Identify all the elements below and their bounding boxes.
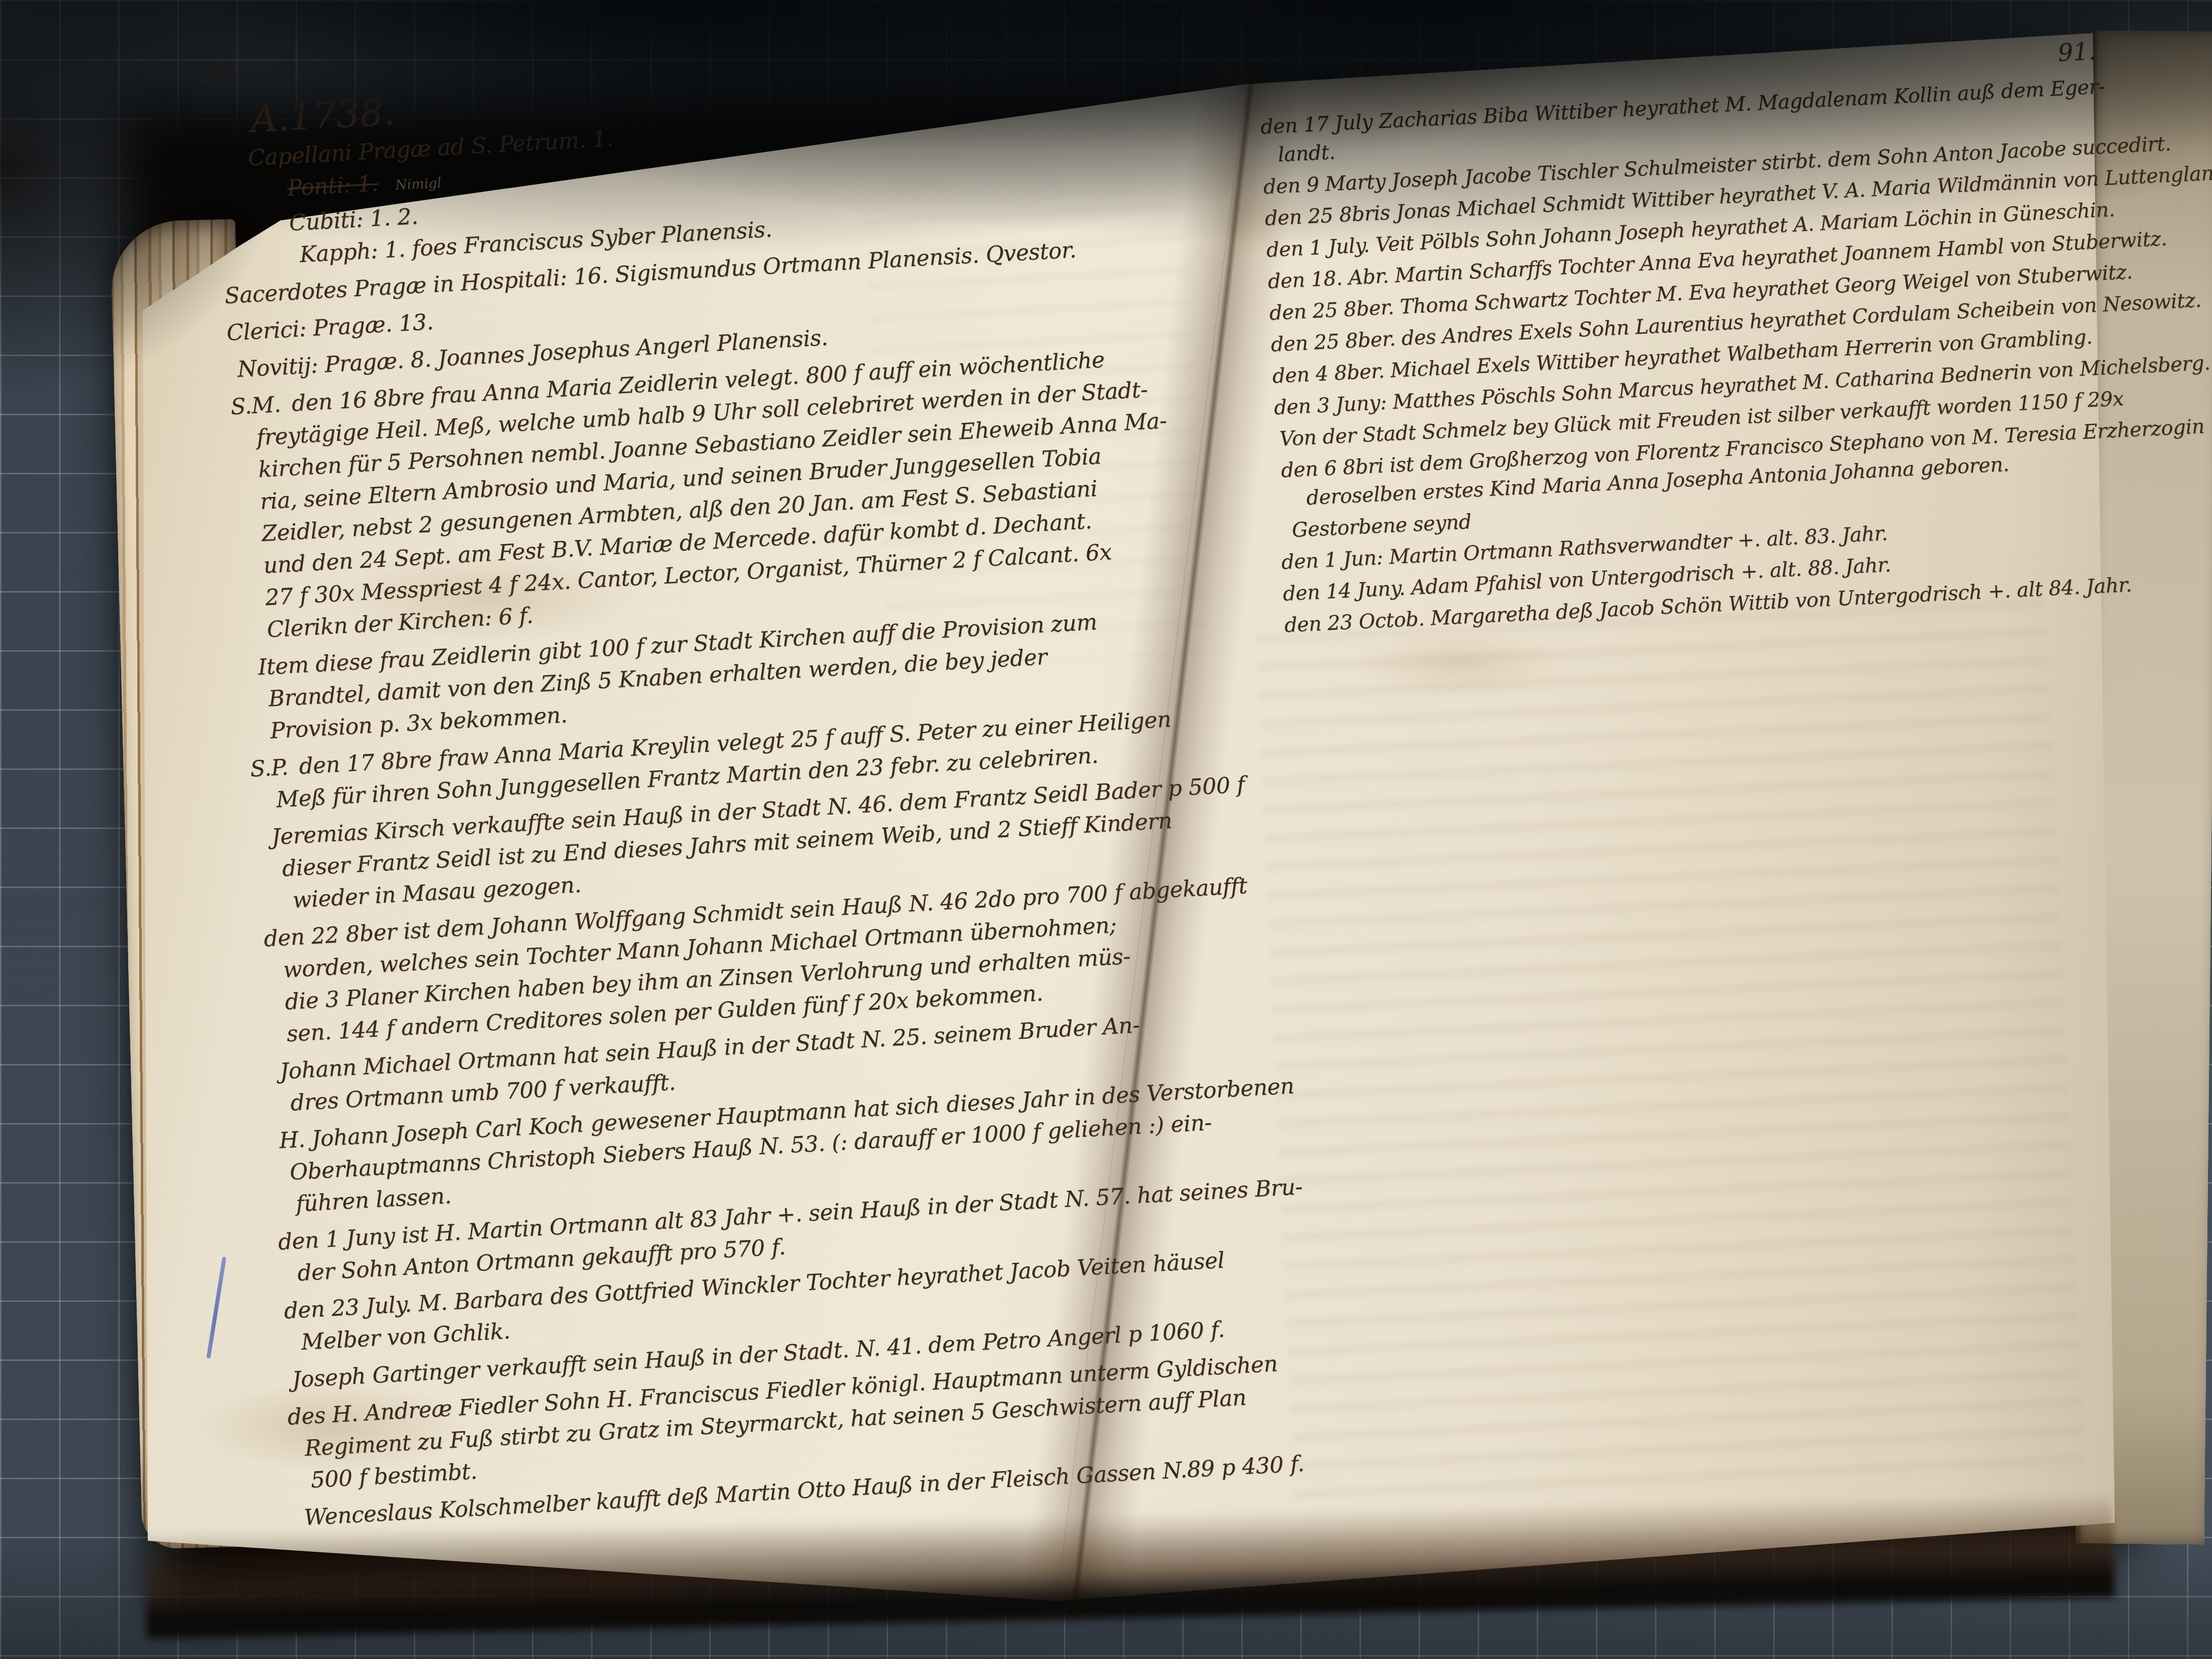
show-through-text-right (1255, 599, 2086, 1515)
photo-of-manuscript: { "colors": { "mat": "#3c4650", "grid_li… (0, 0, 2212, 1659)
page-number-left: 90. (198, 55, 243, 89)
page-number-right: 91. (2057, 37, 2097, 67)
line-text: führen lassen. (295, 1183, 452, 1217)
left-page-text: Capellani Pragæ ad S. Petrum. 1.Ponti: 1… (216, 89, 1307, 1535)
line-text: Cubiti: 1. 2. (289, 203, 419, 236)
entry-label: S.M. (230, 392, 282, 420)
book: 90. 91. A.1738. Capellani Pragæ ad S. Pe… (0, 0, 2212, 1659)
entry-label: S.P. (249, 754, 289, 782)
line-text: landt. (1277, 141, 1335, 166)
line-text: Gestorbene seynd (1291, 510, 1472, 542)
manuscript-entry: S.M.den 16 8bre frau Anna Maria Zeidleri… (230, 336, 1259, 647)
line-text: Clerici: Pragæ. 13. (226, 309, 434, 346)
year-heading: A.1738. (249, 91, 396, 141)
pencil-annotation: Nimigl (395, 175, 442, 193)
line-text: 500 f bestimbt. (310, 1459, 478, 1493)
right-page-text: den 17 July Zacharias Biba Wittiber heyr… (1260, 72, 2156, 640)
line-text: Ponti: 1. (287, 171, 379, 201)
